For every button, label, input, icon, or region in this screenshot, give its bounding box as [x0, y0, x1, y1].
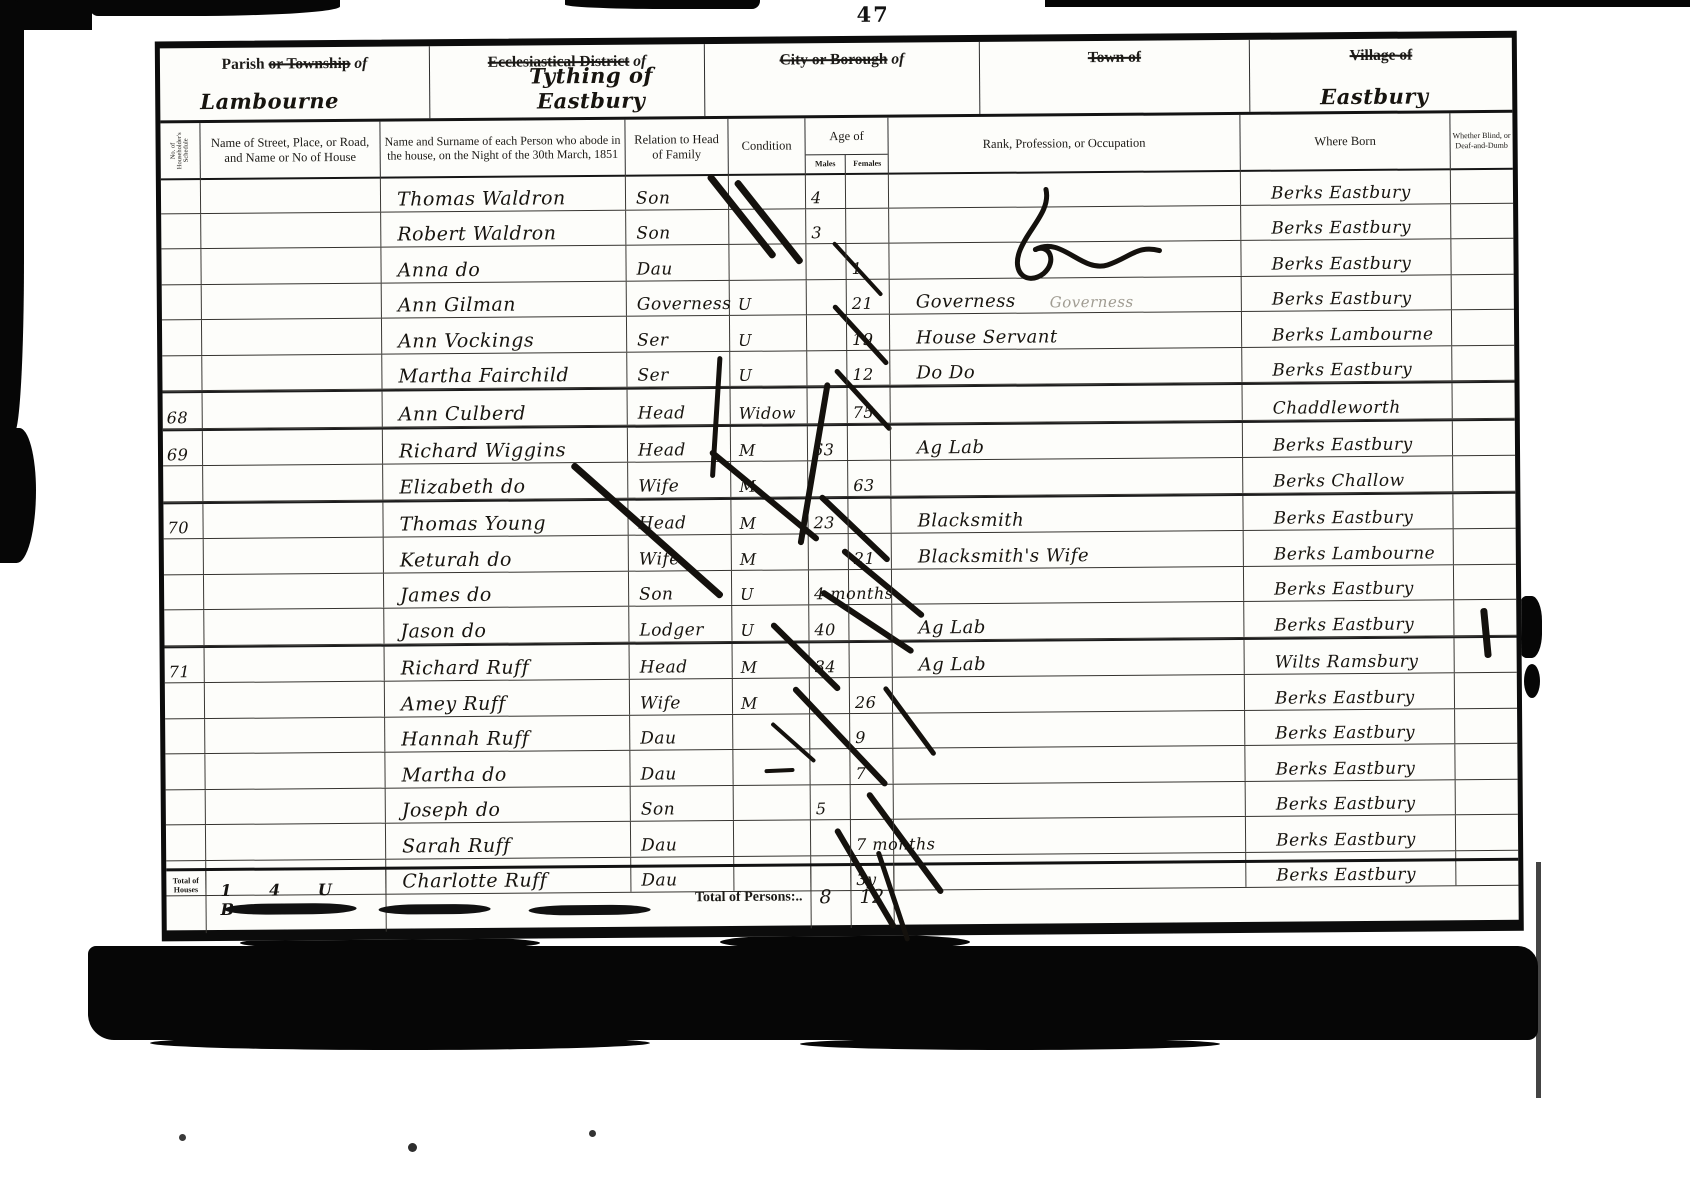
- form-header-strip: Parish or Township of Lambourne Ecclesia…: [160, 38, 1513, 124]
- census-form: Parish or Township of Lambourne Ecclesia…: [155, 31, 1524, 942]
- cell-condition: M: [732, 534, 809, 569]
- cell-relation: Wife: [628, 462, 731, 497]
- cell-street: [203, 392, 383, 428]
- cell-person-name: Keturah do: [384, 536, 629, 572]
- cell-street: [205, 717, 385, 753]
- cell-where-born: Berks Lambourne: [1242, 310, 1452, 346]
- cell-occupation: Do Do: [890, 347, 1242, 384]
- cell-blind: [1455, 708, 1517, 743]
- cell-condition: U: [730, 280, 807, 315]
- cell-relation: Head: [630, 643, 733, 678]
- cell-relation: Wife: [630, 679, 733, 714]
- header-label-struck: or Township: [268, 55, 350, 73]
- cell-age-male: [810, 714, 850, 749]
- cell-where-born: Wilts Ramsbury: [1244, 638, 1454, 674]
- cell-occupation: [893, 675, 1245, 712]
- cell-relation: Dau: [626, 245, 729, 280]
- cell-blind: [1451, 203, 1513, 238]
- cell-street: [203, 429, 383, 465]
- cell-relation: Lodger: [629, 606, 732, 641]
- cell-person-name: Robert Waldron: [381, 210, 626, 246]
- cell-condition: [734, 785, 811, 820]
- cell-condition: M: [731, 426, 808, 461]
- cell-blind: [1451, 168, 1513, 203]
- cell-person-name: James do: [384, 571, 629, 607]
- cell-age-male: 3: [806, 209, 846, 244]
- column-header-females: Females: [846, 155, 889, 173]
- cell-age-female: [850, 642, 893, 677]
- cell-age-male: [806, 244, 846, 279]
- cell-occupation: Ag Lab: [891, 422, 1243, 459]
- column-header-males: Males: [806, 155, 846, 173]
- cell-where-born: Berks Eastbury: [1241, 168, 1451, 204]
- cell-occupation: [889, 241, 1241, 278]
- cell-where-born: Berks Eastbury: [1246, 815, 1456, 851]
- cell-occupation: [893, 710, 1245, 747]
- header-label-plain: Parish: [222, 56, 269, 73]
- census-rows: Thomas Waldron Son 4 Berks Eastbury Robe…: [161, 168, 1519, 897]
- cell-condition: [729, 173, 806, 208]
- cell-occupation: [892, 566, 1244, 603]
- cell-where-born: Berks Eastbury: [1243, 421, 1453, 457]
- cell-occupation: [894, 817, 1246, 854]
- cell-relation: Son: [629, 570, 732, 605]
- cell-condition: U: [730, 315, 807, 350]
- cell-blind: [1453, 420, 1515, 455]
- cell-street: [205, 646, 385, 682]
- cell-relation: Head: [628, 426, 731, 461]
- cell-street: [204, 538, 384, 574]
- cell-blind: [1455, 673, 1517, 708]
- cell-street: [201, 248, 381, 284]
- header-section-city: City or Borough of: [705, 42, 981, 116]
- cell-condition: [733, 749, 810, 784]
- cell-age-female: [849, 605, 892, 640]
- cell-where-born: Berks Eastbury: [1245, 673, 1455, 709]
- cell-blind: [1453, 456, 1515, 491]
- column-header-schedule: No. of Householder's Schedule: [160, 123, 200, 178]
- cell-schedule-number: 68: [163, 393, 203, 428]
- cell-relation: Dau: [630, 750, 733, 785]
- header-section-ecclesiastical: Ecclesiastical District of Tything of Ea…: [430, 44, 706, 118]
- cell-schedule-number: [161, 249, 201, 284]
- cell-condition: [729, 209, 806, 244]
- cell-person-name: Jason do: [384, 607, 629, 643]
- parish-value: Lambourne: [200, 88, 339, 114]
- column-header-street: Name of Street, Place, or Road, and Name…: [200, 122, 380, 178]
- cell-age-female: 75: [848, 388, 891, 423]
- cell-person-name: Thomas Waldron: [381, 175, 626, 211]
- cell-person-name: Ann Culberd: [383, 390, 628, 426]
- cell-age-female: [846, 173, 889, 208]
- total-of-houses-value: 1 4 U B: [206, 870, 386, 933]
- cell-age-female: [848, 425, 891, 460]
- cell-street: [203, 465, 383, 501]
- cell-where-born: Berks Lambourne: [1244, 529, 1454, 565]
- occupation-ink: Do Do: [916, 362, 975, 383]
- header-label-struck: City or Borough: [779, 51, 887, 69]
- cell-street: [206, 788, 386, 824]
- cell-age-female: 26: [850, 678, 893, 713]
- header-label-of: of: [887, 51, 904, 68]
- cell-age-male: 63: [808, 426, 848, 461]
- occupation-ink: Blacksmith's Wife: [918, 545, 1089, 567]
- cell-street: [205, 753, 385, 789]
- cell-age-male: [810, 678, 850, 713]
- cell-schedule-number: 69: [163, 431, 203, 466]
- cell-age-female: [848, 498, 891, 533]
- column-header-condition: Condition: [728, 118, 805, 174]
- cell-age-male: [807, 280, 847, 315]
- cell-occupation: Ag Lab: [892, 602, 1244, 639]
- occupation-ink: House Servant: [916, 326, 1058, 348]
- cell-age-female: 21: [849, 534, 892, 569]
- cell-person-name: Anna do: [381, 246, 626, 282]
- column-header-schedule-label: No. of Householder's Schedule: [170, 124, 190, 177]
- cell-age-male: 40: [809, 605, 849, 640]
- cell-occupation: Ag Lab: [893, 639, 1245, 676]
- cell-schedule-number: [162, 320, 202, 355]
- ink-smear: [529, 905, 651, 916]
- cell-person-name: Sarah Ruff: [386, 822, 631, 858]
- cell-condition: M: [731, 499, 808, 534]
- census-sheet: 47 Parish or Township of Lambourne Eccle…: [0, 0, 1697, 1200]
- cell-age-male: 4: [806, 173, 846, 208]
- cell-where-born: Berks Eastbury: [1242, 275, 1452, 311]
- cell-relation: Governess: [627, 280, 730, 315]
- cell-relation: Ser: [627, 351, 730, 386]
- occupation-ink: Governess: [916, 291, 1016, 313]
- cell-street: [201, 177, 381, 213]
- ink-smear: [225, 903, 357, 915]
- column-header-blind: Whether Blind, or Deaf-and-Dumb: [1450, 113, 1512, 168]
- cell-schedule-number: 70: [163, 504, 203, 539]
- village-value: Eastbury: [1320, 83, 1429, 109]
- ink-smear: [379, 904, 491, 915]
- cell-condition: U: [732, 605, 809, 640]
- cell-occupation: [893, 746, 1245, 783]
- cell-condition: M: [731, 461, 808, 496]
- cell-condition: M: [733, 643, 810, 678]
- cell-age-female: [851, 784, 894, 819]
- cell-age-female: 19: [847, 315, 890, 350]
- cell-blind: [1451, 239, 1513, 274]
- cell-where-born: Berks Eastbury: [1241, 239, 1451, 275]
- cell-where-born: Berks Eastbury: [1245, 709, 1455, 745]
- cell-street: [202, 283, 382, 319]
- cell-age-male: [809, 534, 849, 569]
- cell-condition: [733, 714, 810, 749]
- column-header-age-label: Age of: [805, 118, 887, 156]
- cell-street: [202, 319, 382, 355]
- cell-street: [203, 502, 383, 538]
- cell-relation: Head: [628, 499, 731, 534]
- cell-relation: Head: [628, 389, 731, 424]
- cell-age-male: [811, 820, 851, 855]
- cell-age-male: [807, 351, 847, 386]
- cell-age-female: 21: [847, 279, 890, 314]
- cell-relation: Dau: [631, 821, 734, 856]
- cell-person-name: Hannah Ruff: [385, 715, 630, 751]
- cell-age-male: 5: [811, 785, 851, 820]
- cell-where-born: Berks Eastbury: [1245, 744, 1455, 780]
- cell-occupation: [891, 385, 1243, 422]
- cell-occupation: Blacksmith: [891, 495, 1243, 532]
- cell-age-male: [810, 749, 850, 784]
- cell-blind: [1454, 600, 1516, 635]
- cell-schedule-number: [165, 719, 205, 754]
- cell-age-female: 63: [848, 461, 891, 496]
- cell-relation: Son: [626, 174, 729, 209]
- cell-condition: M: [733, 678, 810, 713]
- cell-age-female: 12: [847, 350, 890, 385]
- cell-occupation: Blacksmith's Wife: [892, 531, 1244, 568]
- cell-blind: [1452, 345, 1514, 380]
- cell-blind: [1454, 564, 1516, 599]
- cell-occupation: [889, 205, 1241, 242]
- cell-occupation: [889, 170, 1241, 207]
- cell-where-born: Berks Eastbury: [1244, 565, 1454, 601]
- cell-relation: Wife: [629, 535, 732, 570]
- cell-age-female: [846, 208, 889, 243]
- cell-relation: Dau: [630, 714, 733, 749]
- cell-schedule-number: [161, 214, 201, 249]
- cell-person-name: Thomas Young: [383, 500, 628, 536]
- cell-age-female: 7: [850, 749, 893, 784]
- cell-age-female: 7 months: [851, 820, 894, 855]
- cell-blind: [1452, 383, 1514, 418]
- cell-schedule-number: [165, 754, 205, 789]
- column-header-age: Age of Males Females: [805, 118, 888, 174]
- cell-schedule-number: [165, 683, 205, 718]
- cell-schedule-number: [163, 466, 203, 501]
- occupation-ink: Ag Lab: [918, 616, 986, 638]
- cell-condition: U: [730, 351, 807, 386]
- cell-condition: [734, 820, 811, 855]
- cell-schedule-number: [164, 575, 204, 610]
- header-section-village: Village of Eastbury: [1250, 38, 1513, 112]
- totals-empty-right: [894, 861, 1518, 928]
- total-of-houses-label: Total of Houses: [166, 871, 206, 933]
- cell-schedule-number: [164, 539, 204, 574]
- cell-blind: [1455, 744, 1517, 779]
- cell-condition: Widow: [731, 388, 808, 423]
- cell-schedule-number: [161, 178, 201, 213]
- cell-blind: [1456, 779, 1518, 814]
- cell-age-male: 23: [808, 499, 848, 534]
- header-label-struck: Village of: [1349, 47, 1412, 64]
- cell-schedule-number: 71: [165, 648, 205, 683]
- cell-where-born: Berks Eastbury: [1246, 780, 1456, 816]
- occupation-ink: Ag Lab: [919, 654, 987, 676]
- cell-condition: U: [732, 570, 809, 605]
- district-value: Tything of Eastbury: [478, 62, 704, 114]
- cell-person-name: Richard Ruff: [385, 644, 630, 680]
- cell-relation: Son: [631, 785, 734, 820]
- header-section-town: Town of: [980, 40, 1251, 114]
- cell-where-born: Berks Eastbury: [1243, 494, 1453, 530]
- cell-condition: [729, 244, 806, 279]
- header-section-parish: Parish or Township of Lambourne: [160, 46, 431, 120]
- cell-blind: [1452, 310, 1514, 345]
- cell-relation: Ser: [627, 316, 730, 351]
- cell-age-male: [811, 856, 851, 891]
- cell-street: [205, 682, 385, 718]
- cell-age-female: 9: [850, 713, 893, 748]
- cell-occupation: [891, 458, 1243, 495]
- cell-blind: [1453, 493, 1515, 528]
- cell-street: [202, 354, 382, 390]
- cell-blind: [1456, 815, 1518, 850]
- cell-person-name: Amey Ruff: [385, 680, 630, 716]
- cell-age-female: 3y: [851, 855, 894, 890]
- column-header-born: Where Born: [1240, 113, 1450, 170]
- occupation-ink: Blacksmith: [917, 510, 1024, 532]
- cell-person-name: Elizabeth do: [383, 463, 628, 499]
- cell-person-name: Joseph do: [386, 786, 631, 822]
- cell-where-born: Chaddleworth: [1243, 383, 1453, 419]
- cell-street: [204, 609, 384, 645]
- cell-age-male: [808, 388, 848, 423]
- cell-person-name: Ann Vockings: [382, 317, 627, 353]
- page-number: 47: [856, 2, 889, 27]
- cell-age-male: [808, 461, 848, 496]
- header-label-struck: Town of: [1088, 49, 1141, 66]
- cell-where-born: Berks Eastbury: [1244, 600, 1454, 636]
- cell-blind: [1454, 637, 1516, 672]
- cell-age-male: 34: [810, 643, 850, 678]
- cell-age-male: 4 months: [809, 570, 849, 605]
- cell-age-female: 1: [846, 244, 889, 279]
- cell-person-name: Martha do: [385, 751, 630, 787]
- total-of-persons-label: Total of Persons:..: [386, 866, 811, 931]
- cell-person-name: Ann Gilman: [382, 281, 627, 317]
- cell-street: [206, 824, 386, 860]
- cell-where-born: Berks Challow: [1243, 456, 1453, 492]
- cell-street: [201, 212, 381, 248]
- cell-schedule-number: [162, 285, 202, 320]
- cell-age-male: [807, 315, 847, 350]
- cell-person-name: Martha Fairchild: [382, 352, 627, 388]
- header-label-of: of: [350, 55, 367, 72]
- cell-occupation: GovernessGoverness: [890, 276, 1242, 313]
- occupation-ink: Ag Lab: [917, 437, 985, 459]
- cell-street: [204, 573, 384, 609]
- cell-where-born: Berks Eastbury: [1242, 346, 1452, 382]
- cell-schedule-number: [166, 825, 206, 860]
- cell-schedule-number: [166, 790, 206, 825]
- cell-schedule-number: [162, 356, 202, 391]
- cell-schedule-number: [164, 610, 204, 645]
- column-header-occupation: Rank, Profession, or Occupation: [888, 115, 1240, 173]
- cell-occupation: House Servant: [890, 312, 1242, 349]
- cell-where-born: Berks Eastbury: [1241, 204, 1451, 240]
- cell-blind: [1452, 274, 1514, 309]
- cell-age-female: [849, 569, 892, 604]
- cell-blind: [1454, 529, 1516, 564]
- column-header-name: Name and Surname of each Person who abod…: [380, 120, 625, 177]
- column-header-relation: Relation to Head of Family: [625, 119, 728, 175]
- cell-person-name: Richard Wiggins: [383, 427, 628, 463]
- cell-occupation: [894, 781, 1246, 818]
- cell-relation: Son: [626, 209, 729, 244]
- occupation-pencil-annotation: Governess: [1050, 293, 1134, 312]
